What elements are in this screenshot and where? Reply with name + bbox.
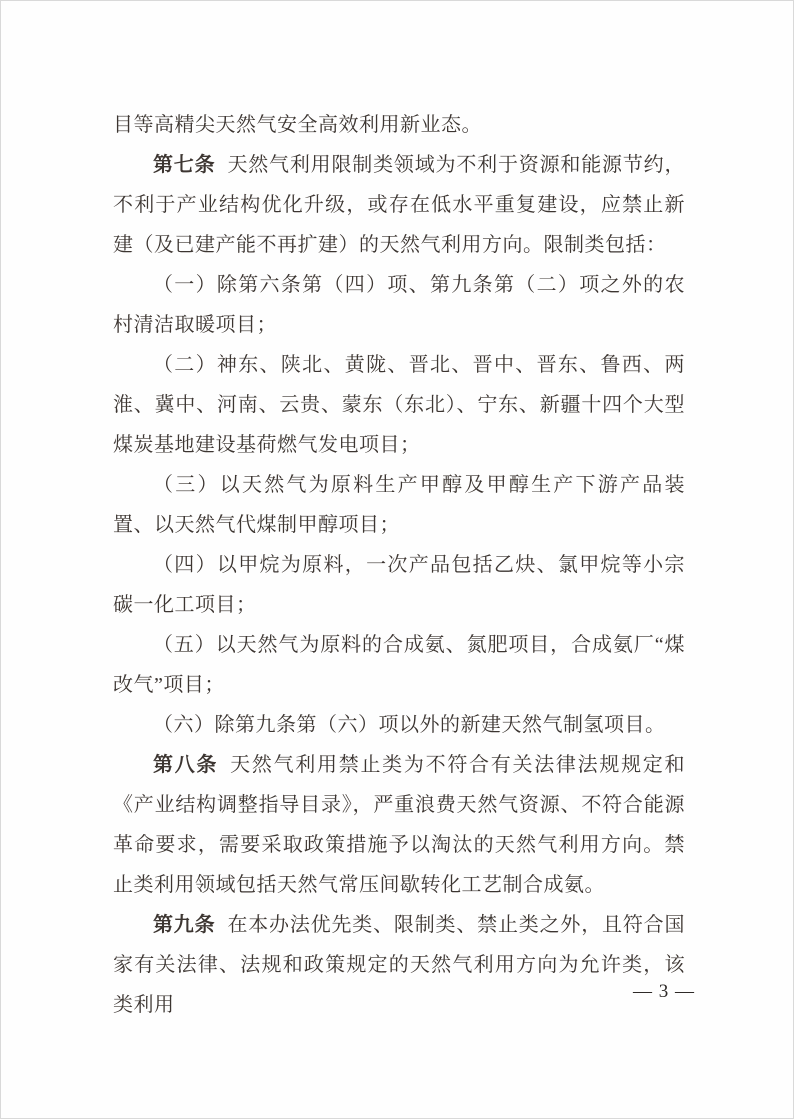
item-3: （三）以天然气为原料生产甲醇及甲醇生产下游产品装置、以天然气代煤制甲醇项目；	[113, 465, 685, 545]
article-7-term: 第七条	[153, 154, 215, 176]
page-number: — 3 —	[633, 981, 695, 1003]
item-5-text: （五）以天然气为原料的合成氨、氮肥项目，合成氨厂“煤改气”项目；	[113, 634, 685, 696]
document-body: 目等高精尖天然气安全高效利用新业态。 第七条天然气利用限制类领域为不利于资源和能…	[113, 105, 685, 1025]
paragraph-text: 目等高精尖天然气安全高效利用新业态。	[113, 114, 482, 136]
item-1-text: （一）除第六条第（四）项、第九条第（二）项之外的农村清洁取暖项目；	[113, 274, 685, 336]
item-2-text: （二）神东、陕北、黄陇、晋北、晋中、晋东、鲁西、两淮、冀中、河南、云贵、蒙东（东…	[113, 354, 685, 456]
article-8-term: 第八条	[153, 754, 218, 776]
item-2: （二）神东、陕北、黄陇、晋北、晋中、晋东、鲁西、两淮、冀中、河南、云贵、蒙东（东…	[113, 345, 685, 465]
item-4-text: （四）以甲烷为原料，一次产品包括乙炔、氯甲烷等小宗碳一化工项目；	[113, 554, 685, 616]
item-3-text: （三）以天然气为原料生产甲醇及甲醇生产下游产品装置、以天然气代煤制甲醇项目；	[113, 474, 685, 536]
item-5: （五）以天然气为原料的合成氨、氮肥项目，合成氨厂“煤改气”项目；	[113, 625, 685, 705]
article-8: 第八条天然气利用禁止类为不符合有关法律法规规定和《产业结构调整指导目录》，严重浪…	[113, 745, 685, 905]
item-1: （一）除第六条第（四）项、第九条第（二）项之外的农村清洁取暖项目；	[113, 265, 685, 345]
item-4: （四）以甲烷为原料，一次产品包括乙炔、氯甲烷等小宗碳一化工项目；	[113, 545, 685, 625]
paragraph-continuation: 目等高精尖天然气安全高效利用新业态。	[113, 105, 685, 145]
item-6-text: （六）除第九条第（六）项以外的新建天然气制氢项目。	[153, 714, 666, 736]
article-9: 第九条在本办法优先类、限制类、禁止类之外，且符合国家有关法律、法规和政策规定的天…	[113, 905, 685, 1025]
article-7: 第七条天然气利用限制类领域为不利于资源和能源节约，不利于产业结构优化升级，或存在…	[113, 145, 685, 265]
item-6: （六）除第九条第（六）项以外的新建天然气制氢项目。	[113, 705, 685, 745]
document-page: 目等高精尖天然气安全高效利用新业态。 第七条天然气利用限制类领域为不利于资源和能…	[0, 0, 794, 1119]
article-9-term: 第九条	[153, 914, 215, 936]
